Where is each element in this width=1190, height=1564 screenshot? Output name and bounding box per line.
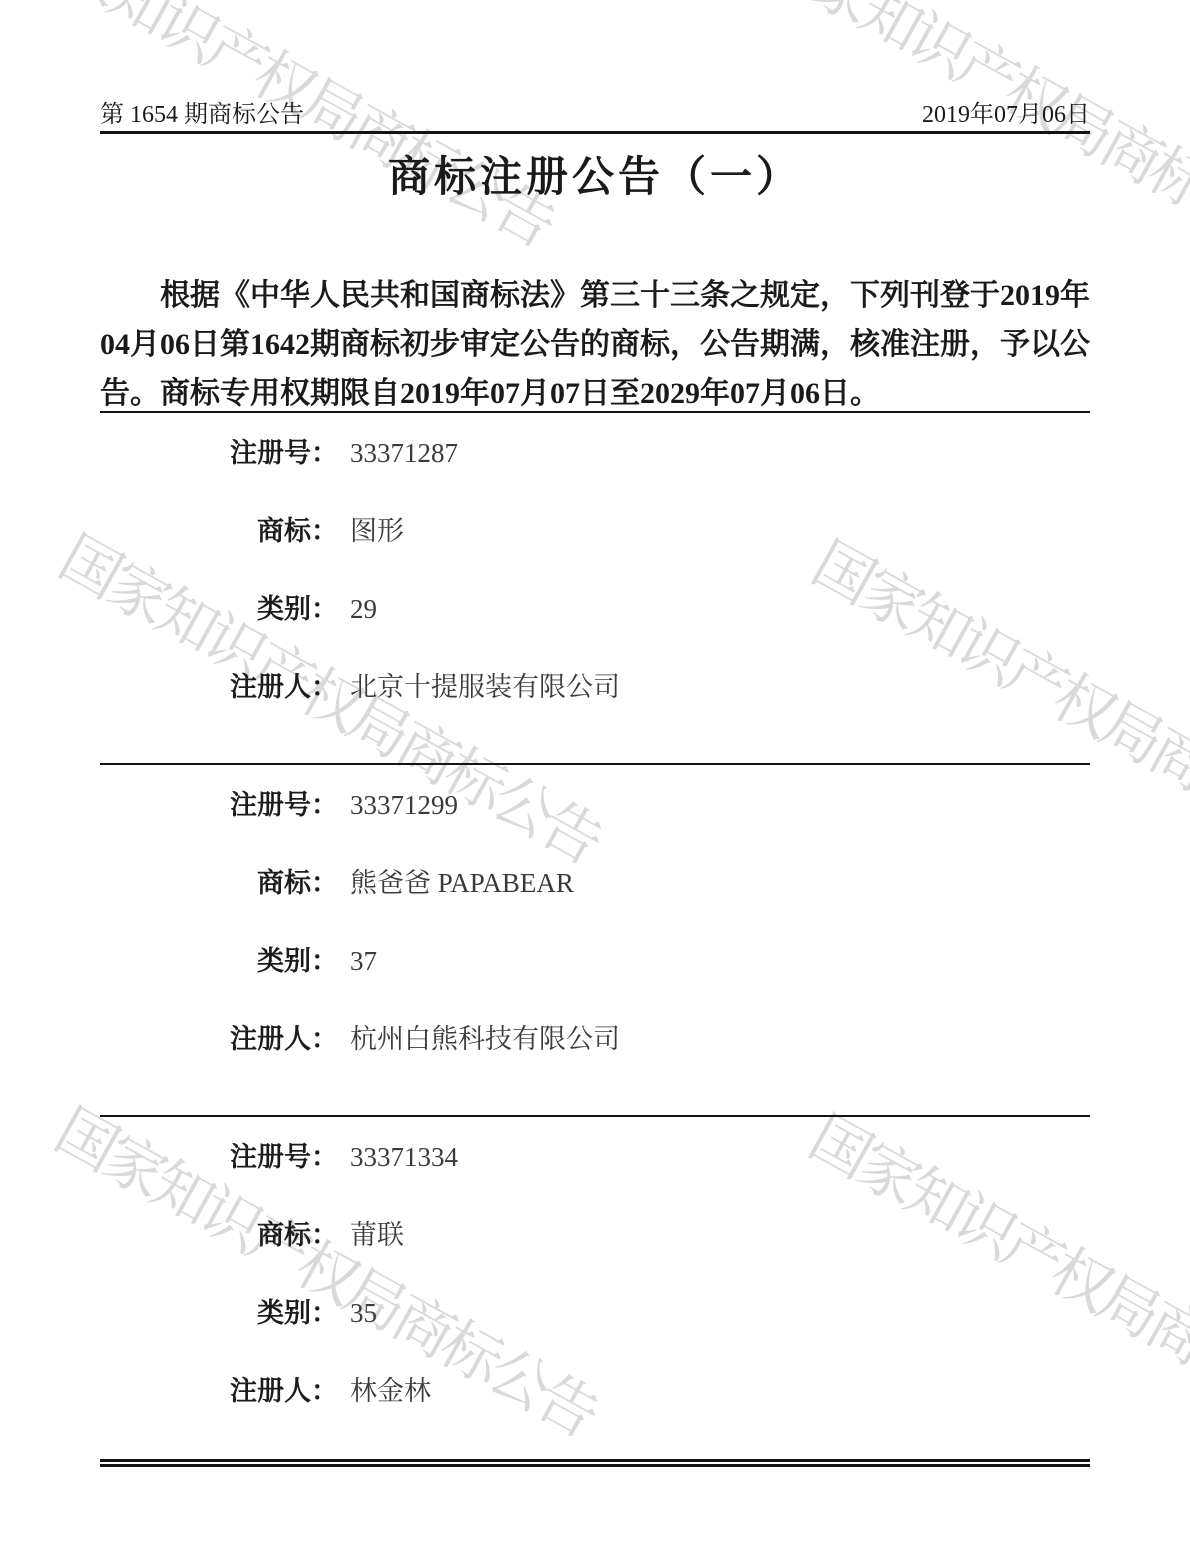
record-row-registrant: 注册人： 北京十提服装有限公司 bbox=[100, 665, 1090, 701]
field-value-trademark: 图形 bbox=[350, 509, 404, 548]
record-3: 注册号： 33371334 商标： 莆联 类别： 35 注册人： 林金林 bbox=[100, 1115, 1090, 1467]
record-2: 注册号： 33371299 商标： 熊爸爸 PAPABEAR 类别： 37 注册… bbox=[100, 763, 1090, 1115]
field-label-category: 类别： bbox=[100, 939, 338, 978]
record-row-trademark: 商标： 图形 bbox=[100, 509, 1090, 545]
field-label-registrant: 注册人： bbox=[100, 1017, 338, 1056]
record-row-registrant: 注册人： 林金林 bbox=[100, 1369, 1090, 1405]
field-value-category: 29 bbox=[350, 594, 377, 625]
record-row-category: 类别： 29 bbox=[100, 587, 1090, 623]
field-label-regno: 注册号： bbox=[100, 431, 338, 470]
record-row-trademark: 商标： 莆联 bbox=[100, 1213, 1090, 1249]
field-label-category: 类别： bbox=[100, 587, 338, 626]
field-label-category: 类别： bbox=[100, 1291, 338, 1330]
intro-paragraph: 根据《中华人民共和国商标法》第三十三条之规定，下列刊登于2019年04月06日第… bbox=[100, 271, 1090, 418]
field-label-trademark: 商标： bbox=[100, 509, 338, 548]
header-date: 2019年07月06日 bbox=[922, 94, 1090, 129]
bottom-rule bbox=[100, 1459, 1090, 1467]
field-value-category: 37 bbox=[350, 946, 377, 977]
field-label-trademark: 商标： bbox=[100, 861, 338, 900]
field-value-trademark: 熊爸爸 PAPABEAR bbox=[350, 861, 574, 900]
page-header: 第 1654 期商标公告 2019年07月06日 bbox=[100, 94, 1090, 129]
gazette-page: 国家知识产权局商标公告 国家知识产权局商标公告 国家知识产权局商标公告 国家知识… bbox=[0, 0, 1190, 1564]
field-value-category: 35 bbox=[350, 1298, 377, 1329]
field-value-regno: 33371299 bbox=[350, 790, 458, 821]
field-label-regno: 注册号： bbox=[100, 1135, 338, 1174]
record-row-category: 类别： 37 bbox=[100, 939, 1090, 975]
field-value-regno: 33371334 bbox=[350, 1142, 458, 1173]
page-title: 商标注册公告（一） bbox=[100, 144, 1090, 204]
field-value-registrant: 北京十提服装有限公司 bbox=[350, 665, 620, 704]
record-row-category: 类别： 35 bbox=[100, 1291, 1090, 1327]
record-row-registrant: 注册人： 杭州白熊科技有限公司 bbox=[100, 1017, 1090, 1053]
record-row-trademark: 商标： 熊爸爸 PAPABEAR bbox=[100, 861, 1090, 897]
field-value-registrant: 杭州白熊科技有限公司 bbox=[350, 1017, 620, 1056]
header-rule bbox=[100, 131, 1090, 134]
record-row-regno: 注册号： 33371334 bbox=[100, 1135, 1090, 1171]
record-row-regno: 注册号： 33371287 bbox=[100, 431, 1090, 467]
field-value-trademark: 莆联 bbox=[350, 1213, 404, 1252]
field-value-registrant: 林金林 bbox=[350, 1369, 431, 1408]
field-label-registrant: 注册人： bbox=[100, 1369, 338, 1408]
field-label-regno: 注册号： bbox=[100, 783, 338, 822]
record-1: 注册号： 33371287 商标： 图形 类别： 29 注册人： 北京十提服装有… bbox=[100, 411, 1090, 763]
field-label-trademark: 商标： bbox=[100, 1213, 338, 1252]
record-row-regno: 注册号： 33371299 bbox=[100, 783, 1090, 819]
page-content: 第 1654 期商标公告 2019年07月06日 商标注册公告（一） 根据《中华… bbox=[0, 0, 1190, 1564]
field-value-regno: 33371287 bbox=[350, 438, 458, 469]
field-label-registrant: 注册人： bbox=[100, 665, 338, 704]
header-issue-number: 第 1654 期商标公告 bbox=[100, 94, 304, 129]
records-section: 注册号： 33371287 商标： 图形 类别： 29 注册人： 北京十提服装有… bbox=[100, 411, 1090, 1467]
